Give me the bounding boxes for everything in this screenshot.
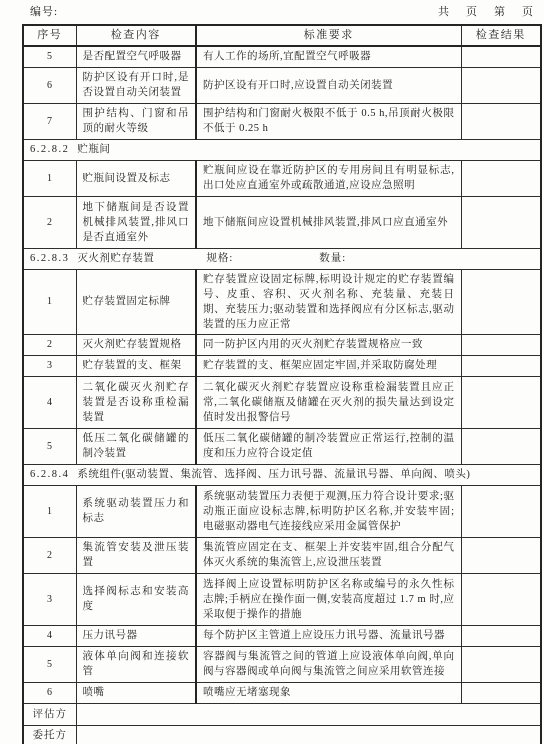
row-result xyxy=(461,682,541,703)
section-name: 灭火剂贮存装置 xyxy=(77,253,154,264)
table-row: 2 集流管安装及泄压装置 集流管应固定在支、框架上并安装牢固,组合分配气体灭火系… xyxy=(23,537,541,573)
row-no: 5 xyxy=(23,428,76,464)
row-no: 7 xyxy=(23,103,76,139)
table-row: 6 防护区设有开口时,是否设置自动关闭装置 防护区设有开口时,应设置自动关闭装置 xyxy=(23,67,541,103)
row-no: 3 xyxy=(23,355,76,376)
col-header-content: 检查内容 xyxy=(76,25,196,46)
table-row: 2 地下储瓶间是否设置机械排风装置,排风口是否直通室外 地下储瓶间应设置机械排风… xyxy=(23,196,541,248)
doc-code-label: 编号: xyxy=(30,5,58,20)
spec-label: 规格: xyxy=(206,253,233,264)
row-content: 选择阀标志和安装高度 xyxy=(76,573,196,625)
row-content: 灭火剂贮存装置规格 xyxy=(76,334,196,355)
row-no: 6 xyxy=(23,682,76,703)
section-title: 6.2.8.3灭火剂贮存装置规格:数量: xyxy=(23,248,541,269)
table-header-row: 序号 检查内容 标准要求 检查结果 xyxy=(23,25,541,46)
table-row: 5 液体单向阀和连接软管 容器阀与集流管之间的管道上应设液体单向阀,单向阀与容器… xyxy=(23,646,541,682)
assessor-value xyxy=(76,703,541,725)
client-value xyxy=(76,725,541,744)
table-row: 1 系统驱动装置压力和标志 系统驱动装置压力表便于观测,压力符合设计要求;驱动瓶… xyxy=(23,485,541,537)
row-no: 1 xyxy=(23,485,76,537)
quantity-label: 数量: xyxy=(319,253,346,264)
table-row: 1 贮瓶间设置及标志 贮瓶间应设在靠近防护区的专用房间且有明显标志,出口处应直通… xyxy=(23,160,541,196)
row-requirement: 每个防护区主管道上应设压力讯号器、流量讯号器 xyxy=(196,625,461,646)
client-label: 委托方 xyxy=(23,725,76,744)
section-number: 6.2.8.4 xyxy=(30,469,69,480)
row-result xyxy=(461,67,541,103)
pagination-current-label: 第 xyxy=(494,5,505,20)
row-content: 防护区设有开口时,是否设置自动关闭装置 xyxy=(76,67,196,103)
row-content: 贮存装置固定标牌 xyxy=(76,269,196,334)
section-header-row: 6.2.8.3灭火剂贮存装置规格:数量: xyxy=(23,248,541,269)
table-row: 1 贮存装置固定标牌 贮存装置应设固定标牌,标明设计规定的贮存装置编号、皮重、容… xyxy=(23,269,541,334)
row-no: 5 xyxy=(23,46,76,67)
pagination-current-unit: 页 xyxy=(522,5,533,20)
col-header-no: 序号 xyxy=(23,25,76,46)
row-no: 1 xyxy=(23,269,76,334)
pagination-total-unit: 页 xyxy=(466,5,477,20)
row-requirement: 同一防护区内用的灭火剂贮存装置规格应一致 xyxy=(196,334,461,355)
row-requirement: 选择阀上应设置标明防护区名称或编号的永久性标志牌;手柄应在操作面一侧,安装高度超… xyxy=(196,573,461,625)
table-row: 2 灭火剂贮存装置规格 同一防护区内用的灭火剂贮存装置规格应一致 xyxy=(23,334,541,355)
section-title: 6.2.8.4系统组件(驱动装置、集流管、选择阀、压力讯号器、流量讯号器、单向阀… xyxy=(23,464,541,485)
row-no: 2 xyxy=(23,334,76,355)
row-content: 是否配置空气呼吸器 xyxy=(76,46,196,67)
row-content: 贮瓶间设置及标志 xyxy=(76,160,196,196)
section-name: 系统组件(驱动装置、集流管、选择阀、压力讯号器、流量讯号器、单向阀、喷头) xyxy=(77,469,470,480)
row-result xyxy=(461,485,541,537)
row-result xyxy=(461,196,541,248)
row-content: 液体单向阀和连接软管 xyxy=(76,646,196,682)
table-row: 3 选择阀标志和安装高度 选择阀上应设置标明防护区名称或编号的永久性标志牌;手柄… xyxy=(23,573,541,625)
row-content: 二氧化碳灭火剂贮存装置是否设称重检漏装置 xyxy=(76,376,196,428)
row-content: 集流管安装及泄压装置 xyxy=(76,537,196,573)
col-header-result: 检查结果 xyxy=(461,25,541,46)
section-header-row: 6.2.8.2贮瓶间 xyxy=(23,139,541,160)
section-number: 6.2.8.3 xyxy=(30,253,69,264)
table-row: 5 是否配置空气呼吸器 有人工作的场所,宜配置空气呼吸器 xyxy=(23,46,541,67)
row-no: 2 xyxy=(23,196,76,248)
row-no: 4 xyxy=(23,625,76,646)
table-row: 4 二氧化碳灭火剂贮存装置是否设称重检漏装置 二氧化碳灭火剂贮存装置应设称重检漏… xyxy=(23,376,541,428)
row-result xyxy=(461,537,541,573)
row-result xyxy=(461,646,541,682)
table-row: 6 喷嘴 喷嘴应无堵塞现象 xyxy=(23,682,541,703)
row-result xyxy=(461,334,541,355)
row-requirement: 系统驱动装置压力表便于观测,压力符合设计要求;驱动瓶正面应设标志牌,标明防护区名… xyxy=(196,485,461,537)
row-no: 4 xyxy=(23,376,76,428)
row-no: 5 xyxy=(23,646,76,682)
row-content: 压力讯号器 xyxy=(76,625,196,646)
section-header-row: 6.2.8.4系统组件(驱动装置、集流管、选择阀、压力讯号器、流量讯号器、单向阀… xyxy=(23,464,541,485)
table-row: 4 压力讯号器 每个防护区主管道上应设压力讯号器、流量讯号器 xyxy=(23,625,541,646)
footer-row-client: 委托方 xyxy=(23,725,541,744)
col-header-requirement: 标准要求 xyxy=(196,25,461,46)
row-result xyxy=(461,160,541,196)
pagination: 共 页 第 页 xyxy=(438,5,533,20)
row-requirement: 围护结构和门窗耐火极限不低于 0.5 h,吊顶耐火极限不低于 0.25 h xyxy=(196,103,461,139)
table-row: 5 低压二氧化碳储罐的制冷装置 低压二氧化碳储罐的制冷装置应正常运行,控制的温度… xyxy=(23,428,541,464)
row-requirement: 地下储瓶间应设置机械排风装置,排风口应直通室外 xyxy=(196,196,461,248)
row-no: 1 xyxy=(23,160,76,196)
row-content: 喷嘴 xyxy=(76,682,196,703)
row-content: 系统驱动装置压力和标志 xyxy=(76,485,196,537)
table-row: 7 围护结构、门窗和吊顶的耐火等级 围护结构和门窗耐火极限不低于 0.5 h,吊… xyxy=(23,103,541,139)
assessor-label: 评估方 xyxy=(23,703,76,725)
row-no: 2 xyxy=(23,537,76,573)
row-requirement: 防护区设有开口时,应设置自动关闭装置 xyxy=(196,67,461,103)
footer-row-assessor: 评估方 xyxy=(23,703,541,725)
row-result xyxy=(461,355,541,376)
row-content: 围护结构、门窗和吊顶的耐火等级 xyxy=(76,103,196,139)
row-requirement: 二氧化碳灭火剂贮存装置应设称重检漏装置且应正常,二氧化碳储瓶及储罐在灭火剂的损失… xyxy=(196,376,461,428)
row-requirement: 有人工作的场所,宜配置空气呼吸器 xyxy=(196,46,461,67)
row-content: 低压二氧化碳储罐的制冷装置 xyxy=(76,428,196,464)
section-title: 6.2.8.2贮瓶间 xyxy=(23,139,541,160)
section-name: 贮瓶间 xyxy=(77,144,110,155)
row-result xyxy=(461,46,541,67)
row-content: 地下储瓶间是否设置机械排风装置,排风口是否直通室外 xyxy=(76,196,196,248)
inspection-checklist-table: 序号 检查内容 标准要求 检查结果 5 是否配置空气呼吸器 有人工作的场所,宜配… xyxy=(22,24,542,744)
row-requirement: 低压二氧化碳储罐的制冷装置应正常运行,控制的温度和压力应符合设定值 xyxy=(196,428,461,464)
row-no: 6 xyxy=(23,67,76,103)
row-requirement: 贮瓶间应设在靠近防护区的专用房间且有明显标志,出口处应直通室外或疏散通道,应设应… xyxy=(196,160,461,196)
row-requirement: 容器阀与集流管之间的管道上应设液体单向阀,单向阀与容器阀或单向阀与集流管之间应采… xyxy=(196,646,461,682)
row-requirement: 贮存装置的支、框架应固定牢固,并采取防腐处理 xyxy=(196,355,461,376)
section-number: 6.2.8.2 xyxy=(30,144,69,155)
page-top-bar: 编号: 共 页 第 页 xyxy=(0,0,544,24)
row-result xyxy=(461,376,541,428)
row-result xyxy=(461,103,541,139)
table-row: 3 贮存装置的支、框架 贮存装置的支、框架应固定牢固,并采取防腐处理 xyxy=(23,355,541,376)
row-no: 3 xyxy=(23,573,76,625)
row-requirement: 贮存装置应设固定标牌,标明设计规定的贮存装置编号、皮重、容积、灭火剂名称、充装量… xyxy=(196,269,461,334)
row-content: 贮存装置的支、框架 xyxy=(76,355,196,376)
row-requirement: 喷嘴应无堵塞现象 xyxy=(196,682,461,703)
row-result xyxy=(461,625,541,646)
row-result xyxy=(461,573,541,625)
row-result xyxy=(461,428,541,464)
row-result xyxy=(461,269,541,334)
row-requirement: 集流管应固定在支、框架上并安装牢固,组合分配气体灭火系统的集流管上,应设泄压装置 xyxy=(196,537,461,573)
pagination-total-label: 共 xyxy=(438,5,449,20)
